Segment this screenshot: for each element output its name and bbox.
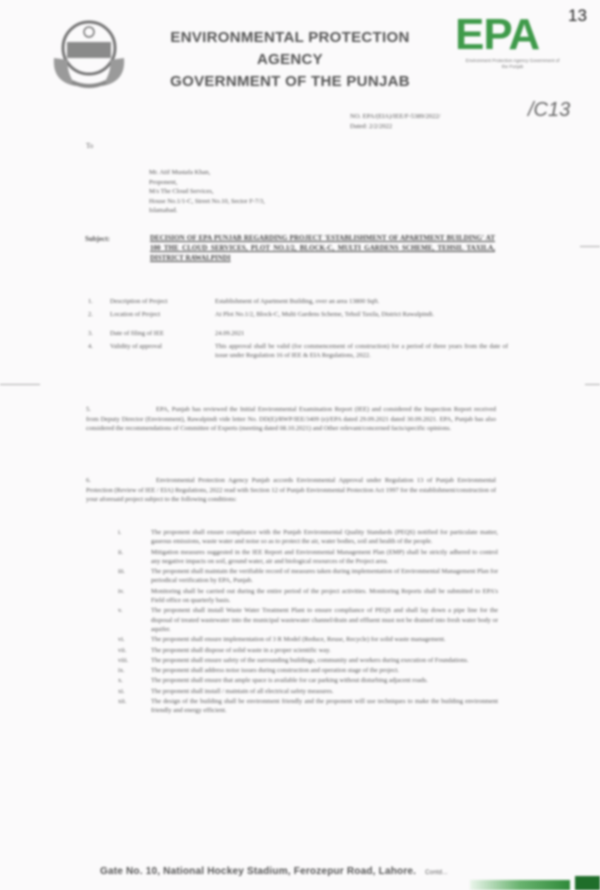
condition-item: v.The proponent shall install Waste Wate… <box>108 606 498 634</box>
footer-address: Gate No. 10, National Hockey Stadium, Fe… <box>100 866 448 877</box>
condition-item: viii.The proponent shall ensure safety o… <box>108 656 498 665</box>
condition-number: vii. <box>118 646 142 655</box>
condition-text: The proponent shall address noise issues… <box>151 667 399 674</box>
fact-value: This approval shall be valid (for commen… <box>215 342 508 364</box>
paragraph-number: 5. <box>86 405 156 415</box>
condition-text: The proponent shall ensure implementatio… <box>151 636 446 643</box>
agency-header: ENVIRONMENTAL PROTECTION AGENCY GOVERNME… <box>145 27 435 93</box>
condition-number: i. <box>118 528 142 537</box>
condition-text: The proponent shall install Waste Water … <box>151 607 498 633</box>
footer-green-stripe <box>470 880 570 890</box>
condition-text: The proponent shall install / maintain o… <box>151 688 333 695</box>
project-facts-table: 1. Description of Project Establishment … <box>88 297 508 364</box>
reference-date: Dated: 2/2/2022 <box>350 122 440 132</box>
fact-row: 3. Date of filing of IEE 24.09.2021 <box>88 329 508 342</box>
fact-value: Establishment of Apartment Building, ove… <box>215 297 508 310</box>
condition-text: The design of the building shall be envi… <box>151 698 498 714</box>
condition-item: iv.Monitoring shall be carried out durin… <box>108 587 498 606</box>
condition-text: The proponent shall dispose of solid was… <box>151 647 331 654</box>
fact-number: 3. <box>88 329 110 342</box>
fact-row: 1. Description of Project Establishment … <box>88 297 508 310</box>
addressee-line: House No.1/1-C, Street No.10, Sector F-7… <box>149 197 265 207</box>
fact-value: 24.09.2021 <box>215 329 508 342</box>
condition-item: x.The proponent shall ensure that ample … <box>108 676 498 685</box>
fact-value: At Plot No.1/2, Block-C, Multi Gardens S… <box>215 310 508 330</box>
conditions-list: i.The proponent shall ensure compliance … <box>108 528 498 717</box>
condition-number: ix. <box>118 666 142 675</box>
scan-edge-mark <box>580 246 600 247</box>
condition-number: viii. <box>118 656 142 665</box>
condition-item: xii.The design of the building shall be … <box>108 697 498 716</box>
condition-item: i.The proponent shall ensure compliance … <box>108 528 498 547</box>
condition-text: The proponent shall ensure safety of the… <box>151 657 469 664</box>
scan-edge-mark <box>0 384 40 385</box>
document-page: ENVIRONMENTAL PROTECTION AGENCY GOVERNME… <box>0 0 600 890</box>
fact-row: 2. Location of Project At Plot No.1/2, B… <box>88 310 508 330</box>
reference-block: NO. EPA/(EIA)/IEE/F-5389/2022/ Dated: 2/… <box>350 112 440 132</box>
condition-number: xii. <box>118 697 142 706</box>
condition-item: ii.Mitigation measures suggested in the … <box>108 548 498 567</box>
addressee-line: Mr. Atif Mustafa Khan, <box>149 168 265 178</box>
paragraph-review: 5.EPA, Punjab has reviewed the Initial E… <box>86 405 496 434</box>
condition-number: x. <box>118 676 142 685</box>
addressee-block: Mr. Atif Mustafa Khan, Proponent, M/s Th… <box>149 168 265 216</box>
condition-number: iv. <box>118 587 142 596</box>
condition-item: iii.The proponent shall maintain the ver… <box>108 567 498 586</box>
government-name: GOVERNMENT OF THE PUNJAB <box>145 71 435 93</box>
footer-green-block <box>575 876 600 890</box>
addressee-line: M/s The Cloud Services, <box>149 187 265 197</box>
subject-label: Subject: <box>85 235 110 243</box>
condition-item: ix.The proponent shall address noise iss… <box>108 666 498 675</box>
fact-label: Description of Project <box>110 297 215 310</box>
reference-number: NO. EPA/(EIA)/IEE/F-5389/2022/ <box>350 112 440 122</box>
condition-number: vi. <box>118 635 142 644</box>
condition-number: v. <box>118 606 142 615</box>
footer-address-text: Gate No. 10, National Hockey Stadium, Fe… <box>100 866 416 877</box>
addressee-line: Islamabad. <box>149 206 265 216</box>
condition-number: xi. <box>118 687 142 696</box>
condition-text: The proponent shall maintain the verifia… <box>151 568 498 584</box>
fact-number: 1. <box>88 297 110 310</box>
condition-number: iii. <box>118 567 142 576</box>
addressee-line: Proponent, <box>149 178 265 188</box>
epa-logo-tagline: Environment Protection Agency Government… <box>465 58 560 70</box>
condition-text: The proponent shall ensure compliance wi… <box>151 529 498 545</box>
fact-number: 4. <box>88 342 110 364</box>
condition-text: Mitigation measures suggested in the IEE… <box>151 549 498 565</box>
paragraph-approval: 6.Environmental Protection Agency Punjab… <box>86 476 496 505</box>
fact-label: Location of Project <box>110 310 215 330</box>
continued-marker: Contd... <box>425 870 448 876</box>
epa-logo: EPA <box>455 12 539 58</box>
subject-text: DECISION OF EPA PUNJAB REGARDING PROJECT… <box>150 233 495 263</box>
handwritten-reference-suffix: /C13 <box>528 99 570 122</box>
condition-item: vi.The proponent shall ensure implementa… <box>108 635 498 644</box>
fact-label: Date of filing of IEE <box>110 329 215 342</box>
fact-row: 4. Validity of approval This approval sh… <box>88 342 508 364</box>
condition-item: xi.The proponent shall install / maintai… <box>108 687 498 696</box>
punjab-emblem-icon <box>42 12 137 92</box>
fact-label: Validity of approval <box>110 342 215 364</box>
condition-text: Monitoring shall be carried out during t… <box>151 588 498 604</box>
fact-number: 2. <box>88 310 110 330</box>
handwritten-page-number: 13 <box>568 6 587 26</box>
condition-text: The proponent shall ensure that ample sp… <box>151 677 428 684</box>
condition-item: vii.The proponent shall dispose of solid… <box>108 646 498 655</box>
condition-number: ii. <box>118 548 142 557</box>
scan-edge-mark <box>585 384 600 385</box>
paragraph-number: 6. <box>86 476 156 486</box>
to-label: To <box>86 142 93 150</box>
agency-name: ENVIRONMENTAL PROTECTION AGENCY <box>145 27 435 71</box>
